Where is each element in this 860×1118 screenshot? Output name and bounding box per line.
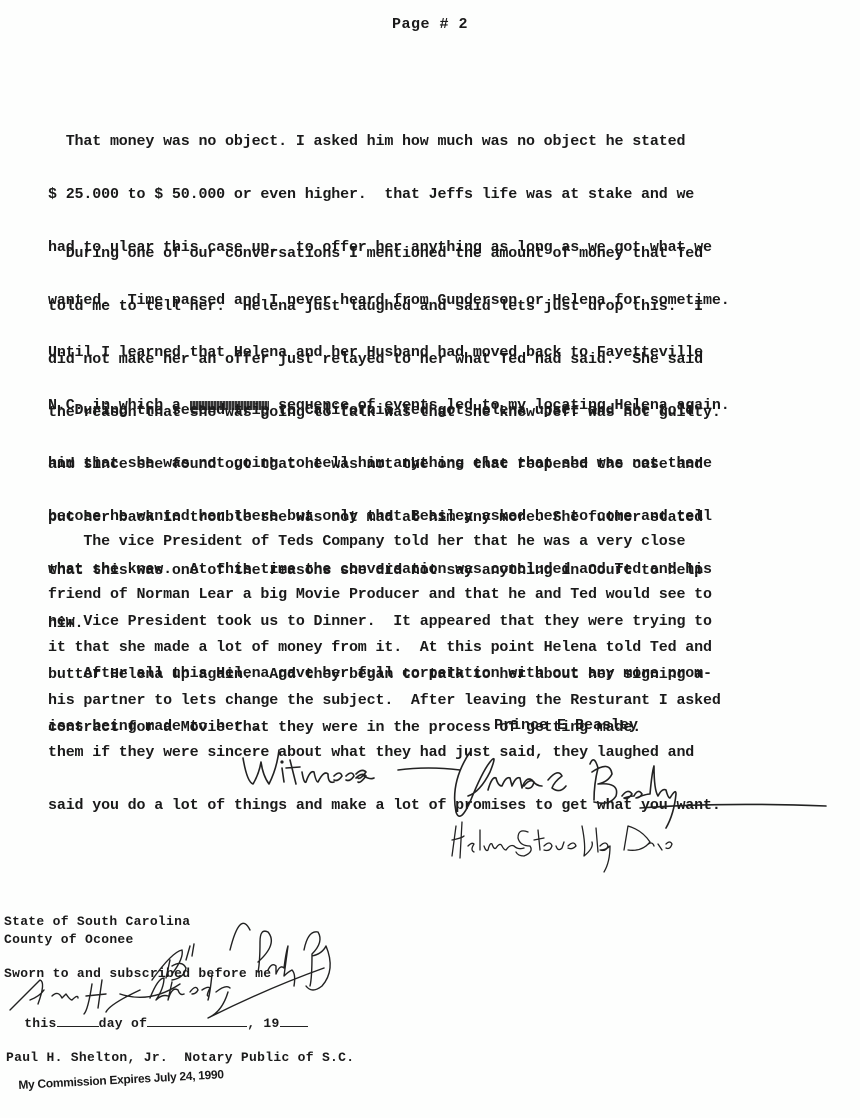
text-line: him that she was not going to tell him a… [48, 455, 848, 473]
text-line: During the second trip to California Ted… [48, 402, 848, 420]
notary-county: County of Oconee [4, 932, 134, 947]
text-line: did not make her an offer just relayed t… [48, 351, 848, 369]
text-line: said you do a lot of things and make a l… [48, 797, 848, 815]
text-line: told me to tell her. Helena just laughed… [48, 298, 848, 316]
commission-expiration-stamp: My Commission Expires July 24, 1990 [18, 1067, 224, 1092]
notary-state: State of South Carolina [4, 914, 190, 929]
notary-date-line: thisday of, 19 [8, 1001, 308, 1031]
page-header: Page # 2 [0, 16, 860, 33]
text-line: That money was no object. I asked him ho… [48, 133, 848, 151]
date-prefix: this [24, 1016, 56, 1031]
text-line: After all this Helena gave her full corp… [48, 665, 848, 683]
typed-signatory-name: Prince E Beasley [494, 717, 638, 734]
notary-name: Paul H. Shelton, Jr. Notary Public of S.… [6, 1050, 354, 1065]
month-blank [147, 1026, 247, 1027]
text-line: During one of our conversations I mentio… [48, 245, 848, 263]
text-line: $ 25.000 to $ 50.000 or even higher. tha… [48, 186, 848, 204]
day-of-label: day of [99, 1016, 148, 1031]
text-line: ises being made to her . [48, 718, 848, 736]
text-line: The vice President of Teds Company told … [48, 533, 848, 551]
notary-sworn-statement: Sworn to and subscribed before me [4, 966, 271, 981]
day-blank [57, 1026, 99, 1027]
year-prefix: , 19 [247, 1016, 279, 1031]
paragraph-5: After all this Helena gave her full corp… [48, 630, 848, 753]
text-line: friend of Norman Lear a big Movie Produc… [48, 586, 848, 604]
year-blank [280, 1026, 308, 1027]
